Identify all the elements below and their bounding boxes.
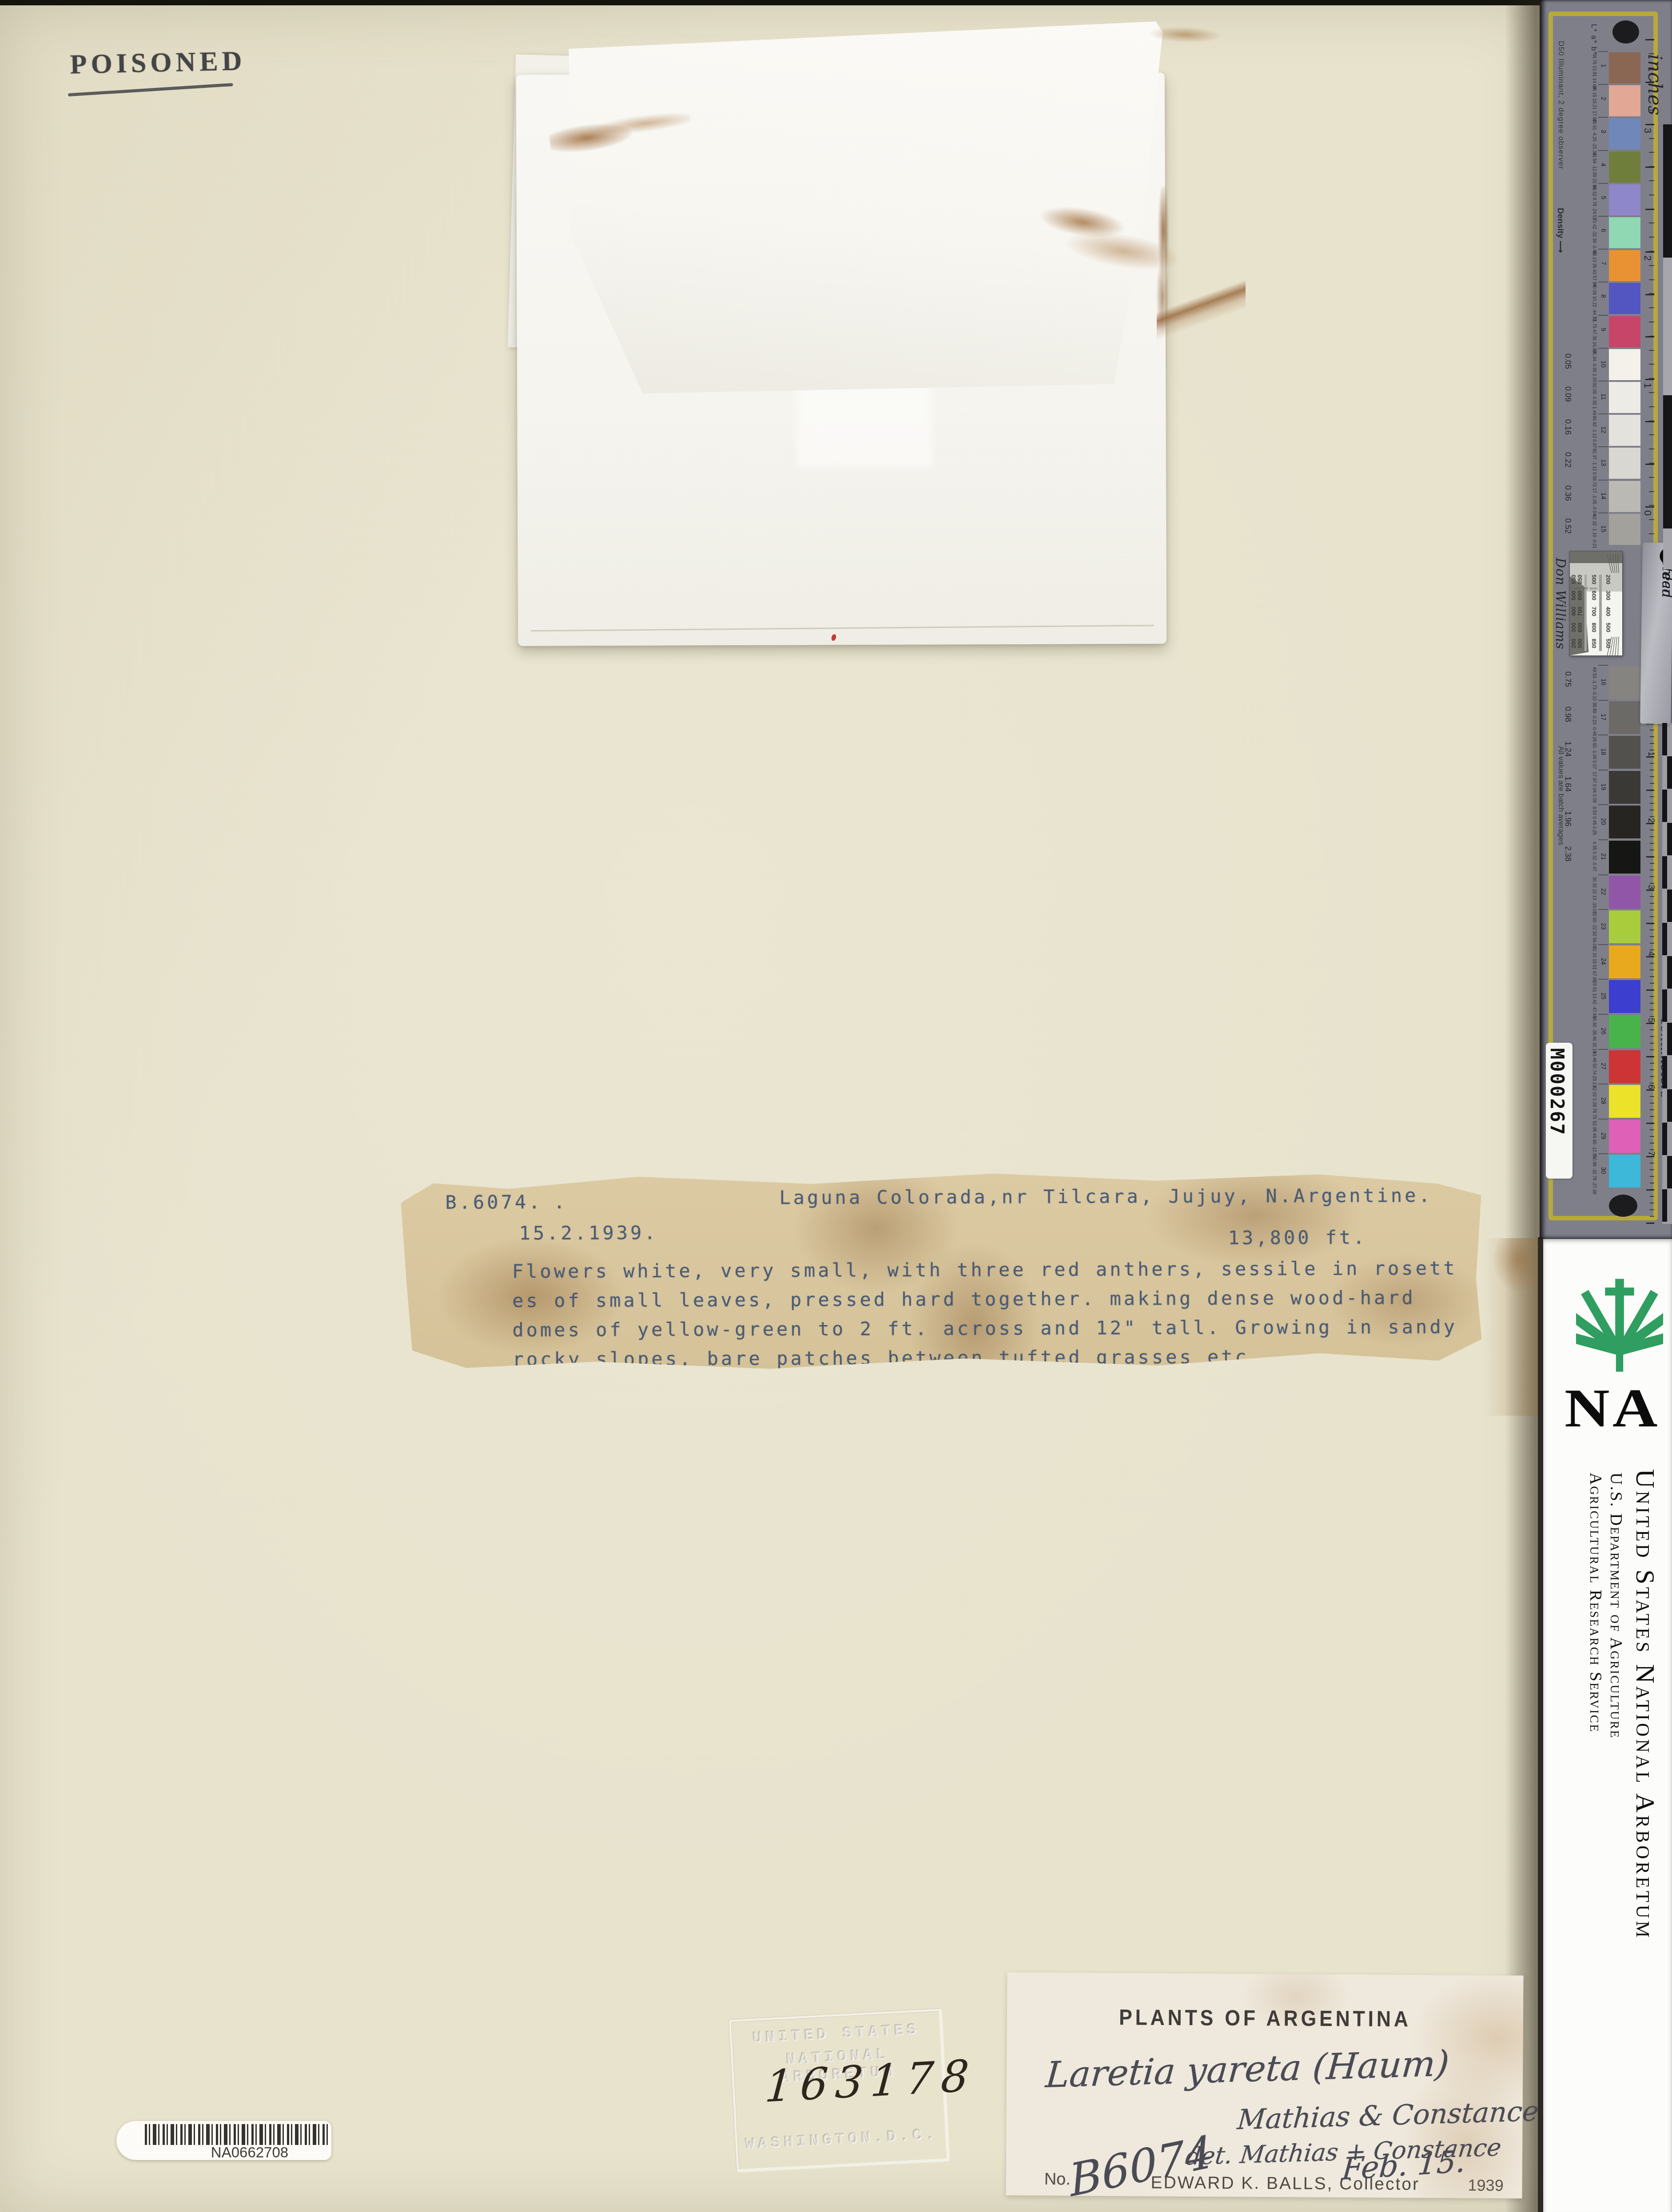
color-patch-8	[1609, 283, 1640, 314]
patch-separator	[1598, 770, 1608, 770]
patch-number: 9	[1600, 328, 1607, 331]
label-title: PLANTS OF ARGENTINA	[1015, 2003, 1515, 2032]
color-patch-12	[1609, 415, 1640, 446]
density-value: 0.36	[1563, 485, 1572, 501]
cm-checker-block	[1662, 1056, 1667, 1088]
cm-checker-block	[1662, 989, 1667, 1022]
density-value: 0.98	[1563, 707, 1572, 722]
resolution-number: 200	[1570, 639, 1577, 648]
resolution-target-content: dots per inch (optical) 2003004005005505…	[1570, 552, 1622, 655]
resolution-target: dots per inch (optical) 2003004005005505…	[1570, 552, 1622, 655]
patch-lab-values: 38.89 -0.23 -0.48	[1592, 702, 1596, 736]
patch-number: 26	[1600, 1028, 1607, 1035]
cm-checker-block	[1662, 1189, 1667, 1222]
resolution-number: 700	[1591, 607, 1597, 616]
patch-separator	[1598, 1153, 1608, 1154]
color-patch-14	[1609, 481, 1640, 512]
species-name-handwritten: Laretia yareta (Haum)	[1044, 2043, 1451, 2096]
color-patch-9	[1609, 316, 1640, 347]
plants-of-argentina-label: PLANTS OF ARGENTINA Laretia yareta (Haum…	[1006, 1972, 1523, 2198]
resolution-number: 550	[1570, 575, 1577, 584]
patch-separator	[1598, 512, 1608, 513]
inch-ruler-block	[1663, 258, 1672, 395]
inch-number: 0	[1642, 510, 1653, 516]
rust-streak	[1154, 187, 1173, 333]
color-patch-11	[1609, 382, 1640, 413]
color-patch-2	[1609, 85, 1640, 116]
resolution-number: 300	[1570, 623, 1577, 632]
usda-line-vertical: U.S. Department of Agriculture	[1606, 1473, 1626, 1739]
density-value: 0.09	[1563, 386, 1572, 402]
patch-lab-values: 55.52 8.78 -24.51	[1592, 185, 1596, 220]
golden-thread-tape: Golden Thread	[1640, 543, 1672, 724]
patch-lab-values: 49.61 -4.20 -21.33	[1592, 119, 1596, 155]
patch-separator	[1598, 51, 1608, 52]
patch-lab-values: 4.35 0.32 -0.47	[1592, 842, 1596, 871]
patch-separator	[1598, 944, 1608, 945]
patch-separator	[1598, 348, 1608, 349]
density-value: 0.75	[1563, 671, 1572, 687]
barcode-icon	[145, 2124, 329, 2145]
color-patch-28	[1609, 1085, 1640, 1118]
density-value: 1.64	[1563, 776, 1572, 792]
barcode-number: NA0662708	[170, 2144, 330, 2161]
patch-lab-values: 95.34 -0.90 1.93	[1592, 350, 1596, 382]
patch-number: 4	[1600, 163, 1607, 167]
patch-separator	[1598, 1084, 1608, 1084]
patch-separator	[1598, 1014, 1608, 1015]
color-patch-19	[1609, 771, 1640, 804]
resolution-number: 700	[1576, 607, 1583, 616]
typed-collection-label: B.6074. . Laguna Colorada,nr Tilcara, Ju…	[401, 1172, 1482, 1370]
patch-separator	[1598, 839, 1608, 840]
color-patch-20	[1609, 806, 1640, 838]
patch-lab-values: 86.92 -1.12 0.97	[1592, 416, 1596, 448]
patch-separator	[1598, 446, 1608, 447]
patch-lab-values: 17.97 0.04 0.09	[1592, 772, 1596, 803]
patch-separator	[1598, 804, 1608, 805]
arboretum-tree-icon	[1576, 1271, 1663, 1377]
patch-lab-values: 72.10 19.51 67.85	[1592, 946, 1596, 982]
cm-checker-block	[1667, 756, 1672, 789]
specimen-envelope	[511, 12, 1174, 645]
resolution-number: 600	[1576, 623, 1583, 632]
resolution-number: 400	[1605, 607, 1612, 616]
color-patch-16	[1609, 666, 1640, 699]
patch-separator	[1598, 665, 1608, 666]
patch-lab-values: 52.85 49.90 -12.85	[1592, 1121, 1596, 1158]
cm-number: 5	[1646, 1018, 1656, 1023]
patch-number: 23	[1600, 923, 1607, 930]
density-value: 0.52	[1563, 518, 1572, 534]
patch-number: 8	[1600, 294, 1607, 298]
target-bar	[1599, 575, 1602, 651]
patch-number: 15	[1600, 525, 1607, 532]
patch-lab-values: 70.42 -32.39 -0.48	[1592, 218, 1596, 254]
density-value: 0.22	[1563, 452, 1572, 468]
cm-checker-block	[1667, 823, 1672, 855]
inch-number: 2	[1642, 255, 1653, 261]
poisoned-stamp-underline	[68, 83, 233, 96]
inch-ruler-block	[1663, 395, 1672, 528]
color-patch-7	[1609, 250, 1640, 281]
patch-lab-values: 28.60 -1.09 0.07	[1592, 737, 1596, 769]
patch-lab-values: 65.15 19.21 17.92	[1592, 86, 1596, 122]
patch-lab-values: 63.13 35.43 57.84	[1592, 251, 1596, 287]
patch-number: 21	[1600, 853, 1607, 860]
patch-separator	[1598, 381, 1608, 381]
patch-lab-values: 43.54 -12.89 22.66	[1592, 152, 1596, 190]
scanned-herbarium-sheet: POISONED B.6074. . Laguna Colorada,nr Ti…	[0, 0, 1672, 2212]
patch-lab-values: 50.86 -32.78 -27.68	[1592, 1156, 1596, 1194]
cm-number: 6	[1646, 1084, 1656, 1089]
resolution-number: 500	[1570, 591, 1577, 600]
patch-number: 11	[1600, 393, 1607, 400]
density-value: 1.96	[1563, 811, 1572, 826]
poisoned-stamp-text: POISONED	[70, 45, 246, 80]
cm-checker-block	[1667, 1156, 1672, 1188]
resolution-number: 500	[1605, 623, 1612, 632]
patch-number: 22	[1600, 888, 1607, 895]
color-patch-30	[1609, 1155, 1640, 1187]
patch-separator	[1598, 117, 1608, 118]
patch-separator	[1598, 150, 1608, 151]
patch-number: 25	[1600, 993, 1607, 1000]
patch-lab-values: 40.06 10.22 -44.73	[1592, 284, 1596, 321]
color-patch-29	[1609, 1120, 1640, 1153]
locality-text: Laguna Colorada,nr Tilcara, Jujuy, N.Arg…	[779, 1184, 1433, 1208]
density-value: 0.05	[1563, 353, 1572, 369]
resolution-number: 400	[1570, 607, 1577, 616]
patch-number: 7	[1600, 262, 1607, 265]
patch-number: 28	[1600, 1097, 1607, 1104]
cm-checker-block	[1667, 1089, 1672, 1122]
inch-number: 1	[1642, 383, 1653, 388]
color-patch-18	[1609, 736, 1640, 769]
glue-stain	[1136, 21, 1234, 48]
patch-separator	[1598, 735, 1608, 735]
date-handwritten: Feb. 15.	[1341, 2144, 1467, 2187]
color-patch-26	[1609, 1015, 1640, 1048]
patch-number: 29	[1600, 1132, 1607, 1140]
patch-separator	[1598, 315, 1608, 316]
na-monogram: NA	[1550, 1377, 1672, 1440]
resolution-number: 550	[1605, 639, 1612, 648]
patch-lab-values: 82.37 -1.12 0.56	[1592, 449, 1596, 481]
patch-separator	[1598, 480, 1608, 481]
color-patch-1	[1609, 52, 1640, 83]
target-bar	[1584, 575, 1587, 651]
cm-checker-block	[1667, 956, 1672, 989]
patch-number: 19	[1600, 783, 1607, 790]
patch-lab-values: 38.76 13.81 14.69	[1592, 53, 1596, 89]
patch-lab-values: 30.32 22.13 -19.02	[1592, 877, 1596, 914]
patch-separator	[1598, 216, 1608, 217]
patch-number: 14	[1600, 492, 1607, 500]
patch-lab-values: 72.50 -22.92 56.09	[1592, 911, 1596, 949]
color-patch-23	[1609, 910, 1640, 943]
collection-date: 15.2.1939.	[519, 1222, 658, 1244]
color-patch-3	[1609, 118, 1640, 149]
resolution-number: 800	[1576, 591, 1583, 600]
year-printed: 1939	[1468, 2176, 1504, 2195]
patch-number: 5	[1600, 196, 1607, 199]
patch-lab-values: 51.75 47.36 16.93	[1592, 317, 1596, 353]
color-patch-6	[1609, 217, 1640, 248]
color-patch-5	[1609, 184, 1640, 215]
resolution-number: 200	[1605, 575, 1612, 584]
cm-number: 3	[1646, 885, 1656, 890]
cm-checker-block	[1667, 890, 1672, 922]
patch-lab-values: 92.09 -0.92 1.46	[1592, 383, 1596, 415]
patch-number: 20	[1600, 818, 1607, 825]
patch-separator	[1598, 1119, 1608, 1120]
serial-sticker: M000267	[1546, 1043, 1572, 1179]
patch-separator	[1598, 874, 1608, 875]
description-line: es of small leaves, pressed hard togethe…	[512, 1287, 1416, 1311]
cm-number: 7	[1646, 1151, 1656, 1156]
inch-ruler-block	[1663, 528, 1672, 569]
patch-lab-values: 62.32 -1.10 -0.01	[1592, 515, 1596, 548]
cm-checker-block	[1662, 723, 1667, 755]
resolution-number: 500	[1576, 639, 1583, 648]
patch-lab-values: 29.51 13.42 -47.69	[1592, 981, 1596, 1018]
patch-separator	[1598, 183, 1608, 184]
cm-checker-block	[1667, 1023, 1672, 1055]
collection-number-handwritten: B6074	[1067, 2125, 1215, 2207]
paper-stain	[1484, 1238, 1541, 1416]
patch-number: 2	[1600, 97, 1607, 100]
resolution-number: 500	[1591, 575, 1597, 584]
ars-line-vertical: Agricultural Research Service	[1586, 1473, 1605, 1733]
embossed-stamp-line: WASHINGTON.D.C.	[737, 2125, 946, 2154]
sheet-edge-shadow	[1505, 0, 1541, 2212]
patch-lab-values: 43.48 50.74 29.13	[1592, 1051, 1596, 1087]
patch-separator	[1598, 413, 1608, 414]
density-value: 0.16	[1563, 419, 1572, 435]
patch-lab-values: 72.17 -1.05 -0.04	[1592, 482, 1596, 516]
cm-checker-block	[1662, 923, 1667, 955]
patch-lab-values: 9.50 0.45 0.25	[1592, 806, 1596, 835]
color-patch-15	[1609, 514, 1640, 545]
number-prefix: No.	[1044, 2170, 1071, 2189]
density-value: 2.38	[1563, 846, 1572, 862]
resolution-number: 850	[1576, 575, 1583, 584]
color-patch-17	[1609, 701, 1640, 734]
color-patch-24	[1609, 945, 1640, 978]
patch-lab-values: 49.53 -1.73 -0.10	[1592, 667, 1596, 701]
patch-number: 12	[1600, 426, 1607, 433]
color-patch-27	[1609, 1050, 1640, 1083]
description-line: domes of yellow-green to 2 ft. across an…	[512, 1316, 1457, 1341]
patch-separator	[1598, 1049, 1608, 1050]
cm-number: 4	[1646, 951, 1656, 956]
resolution-wedge	[1605, 554, 1620, 573]
inch-number: 3	[1642, 128, 1653, 133]
patch-number: 18	[1600, 748, 1607, 755]
patch-number: 16	[1600, 679, 1607, 686]
patch-number: 1	[1600, 64, 1607, 68]
patch-separator	[1598, 249, 1608, 250]
patch-number: 17	[1600, 714, 1607, 721]
patch-number: 3	[1600, 130, 1607, 133]
calibration-strip: L* a* b* D50 Illuminant, 2 degree observ…	[1540, 0, 1672, 1239]
patch-separator	[1598, 909, 1608, 910]
serial-number: M000267	[1546, 1048, 1568, 1136]
barcode-label: NA0662708	[116, 2121, 331, 2160]
patch-number: 24	[1600, 958, 1607, 965]
patch-separator	[1598, 979, 1608, 980]
resolution-number: 850	[1591, 639, 1597, 648]
patch-lab-values: 55.60 -38.46 32.19	[1592, 1016, 1596, 1053]
color-patch-4	[1609, 151, 1640, 183]
cm-number: 2	[1646, 818, 1656, 823]
resolution-number: 600	[1591, 591, 1597, 600]
cm-checker-block	[1662, 790, 1667, 822]
color-patch-21	[1609, 841, 1640, 874]
patch-separator	[1598, 84, 1608, 85]
inch-ruler-block	[1663, 124, 1672, 258]
patch-number: 6	[1600, 229, 1607, 232]
patch-separator	[1598, 282, 1608, 282]
cm-number: 1	[1646, 751, 1656, 756]
resolution-number: 800	[1591, 623, 1597, 632]
patch-number: 10	[1600, 361, 1607, 368]
color-patch-13	[1609, 448, 1640, 479]
resolution-number: 300	[1605, 591, 1612, 600]
author-handwritten: Mathias & Constance	[1236, 2095, 1540, 2136]
patch-number: 30	[1600, 1167, 1607, 1174]
stray-period: .	[553, 1191, 567, 1213]
color-patch-22	[1609, 876, 1640, 909]
density-value: 1.24	[1563, 741, 1572, 757]
color-patch-25	[1609, 980, 1640, 1013]
dpi-caption: dots per inch (optical)	[1570, 587, 1597, 591]
arboretum-name-vertical: United States National Arboretum	[1630, 1469, 1660, 1940]
patch-separator	[1598, 700, 1608, 701]
altitude-text: 13,800 ft.	[1228, 1227, 1367, 1249]
patch-number: 27	[1600, 1063, 1607, 1070]
patch-number: 13	[1600, 459, 1607, 466]
color-patch-10	[1609, 349, 1640, 380]
poisoned-stamp: POISONED	[70, 45, 257, 98]
cm-checker-block	[1662, 856, 1667, 889]
cm-checker-block	[1662, 1123, 1667, 1155]
description-line: Flowers white, very small, with three re…	[512, 1257, 1457, 1282]
field-number: B.6074.	[445, 1191, 542, 1213]
patch-lab-values: 82.02 3.28 78.75	[1592, 1086, 1596, 1119]
